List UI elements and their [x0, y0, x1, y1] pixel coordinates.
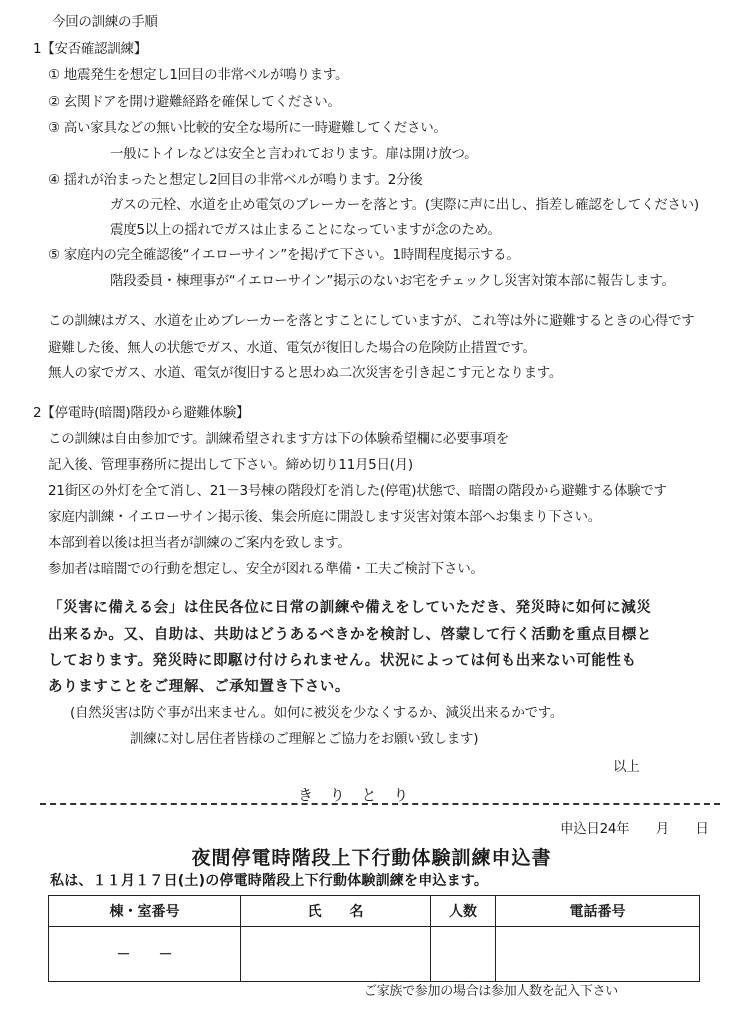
closing-line-1: 「災害に備える会」は住民各位に日常の訓練や備えをしていただき、発災時に如何に減災 — [48, 599, 651, 617]
step-3-note: 一般にトイレなどは安全と言われております。扉は開け放つ。 — [110, 145, 477, 163]
section2-title: 2【停電時(暗闇)階段から避難体験】 — [33, 404, 249, 422]
column-name: 氏 名 — [241, 896, 431, 927]
step-2: ② 玄関ドアを開け避難経路を確保してください。 — [48, 93, 341, 111]
end-mark: 以上 — [613, 758, 639, 776]
step-5: ⑤ 家庭内の完全確認後“イエローサイン”を掲げて下さい。1時間程度掲示する。 — [48, 246, 520, 264]
step-4: ④ 揺れが治まったと想定し2回目の非常ベルが鳴ります。2分後 — [48, 171, 423, 189]
step-4-note-1: ガスの元栓、水道を止め電気のブレーカーを落とす。(実際に声に出し、指差し確認をし… — [110, 196, 699, 214]
room-number-field[interactable]: － － — [49, 927, 241, 982]
application-date: 申込日24年 月 日 — [560, 820, 709, 838]
step-1: ① 地震発生を想定し1回目の非常ベルが鳴ります。 — [48, 66, 348, 84]
count-field[interactable] — [431, 927, 496, 982]
step-5-note: 階段委員・棟理事が“イエローサイン”掲示のないお宅をチェックし災害対策本部に報告… — [110, 272, 675, 290]
column-count: 人数 — [431, 896, 496, 927]
application-form-table: 棟・室番号 氏 名 人数 電話番号 － － — [48, 895, 700, 982]
section1-title: 1【安否確認訓練】 — [33, 40, 147, 58]
closing-line-3: しております。発災時に即駆け付けられません。状況によっては何も出来ない可能性も — [48, 652, 637, 670]
column-phone: 電話番号 — [496, 896, 700, 927]
cut-label: き り と り — [298, 786, 414, 804]
step-3: ③ 高い家具などの無い比較的安全な場所に一時避難してください。 — [48, 119, 447, 137]
closing-line-2: 出来るか。又、自助は、共助はどうあるべきかを検討し、啓蒙して行く活動を重点目標と — [48, 626, 652, 644]
column-room-number: 棟・室番号 — [49, 896, 241, 927]
name-field[interactable] — [241, 927, 431, 982]
aside-line-1: (自然災害は防ぐ事が出来ません。如何に被災を少なくするか、減災出来るかです。 — [70, 704, 563, 722]
section1-note-2: 避難した後、無人の状態でガス、水道、電気が復旧した場合の危険防止措置です。 — [48, 339, 536, 357]
section1-note-3: 無人の家でガス、水道、電気が復旧すると思わぬ二次災害を引き起こす元となります。 — [48, 364, 562, 382]
cut-line — [40, 803, 720, 805]
closing-line-4: ありますことをご理解、ご承知置き下さい。 — [48, 678, 350, 696]
section2-line-6: 参加者は暗闇での行動を想定し、安全が図れる準備・工夫ご検討下さい。 — [48, 560, 484, 578]
form-header-row: 棟・室番号 氏 名 人数 電話番号 — [49, 896, 700, 927]
form-statement: 私は、１１月１７日(土)の停電時階段上下行動体験訓練を申込ます。 — [50, 872, 488, 890]
phone-field[interactable] — [496, 927, 700, 982]
section2-line-5: 本部到着以後は担当者が訓練のご案内を致します。 — [48, 534, 351, 552]
form-title: 夜間停電時階段上下行動体験訓練申込書 — [0, 843, 743, 870]
section2-line-2: 記入後、管理事務所に提出して下さい。締め切り11月5日(月) — [48, 456, 413, 474]
form-entry-row: － － — [49, 927, 700, 982]
section2-line-1: この訓練は自由参加です。訓練希望されます方は下の体験希望欄に必要事項を — [48, 430, 509, 448]
step-4-note-2: 震度5以上の揺れでガスは止まることになっていますが念のため。 — [110, 221, 501, 239]
section2-line-3: 21街区の外灯を全て消し、21－3号棟の階段灯を消した(停電)状態で、暗闇の階段… — [48, 482, 667, 500]
document-heading: 今回の訓練の手順 — [52, 13, 158, 31]
section2-line-4: 家庭内訓練・イエローサイン掲示後、集会所庭に開設します災害対策本部へお集まり下さ… — [48, 508, 601, 526]
aside-line-2: 訓練に対し居住者皆様のご理解とご協力をお願い致します) — [130, 730, 478, 748]
section1-note-1: この訓練はガス、水道を止めブレーカーを落とすことにしていますが、これ等は外に避難… — [48, 312, 694, 330]
form-footnote: ご家族で参加の場合は参加人数を記入下さい — [364, 983, 618, 1001]
